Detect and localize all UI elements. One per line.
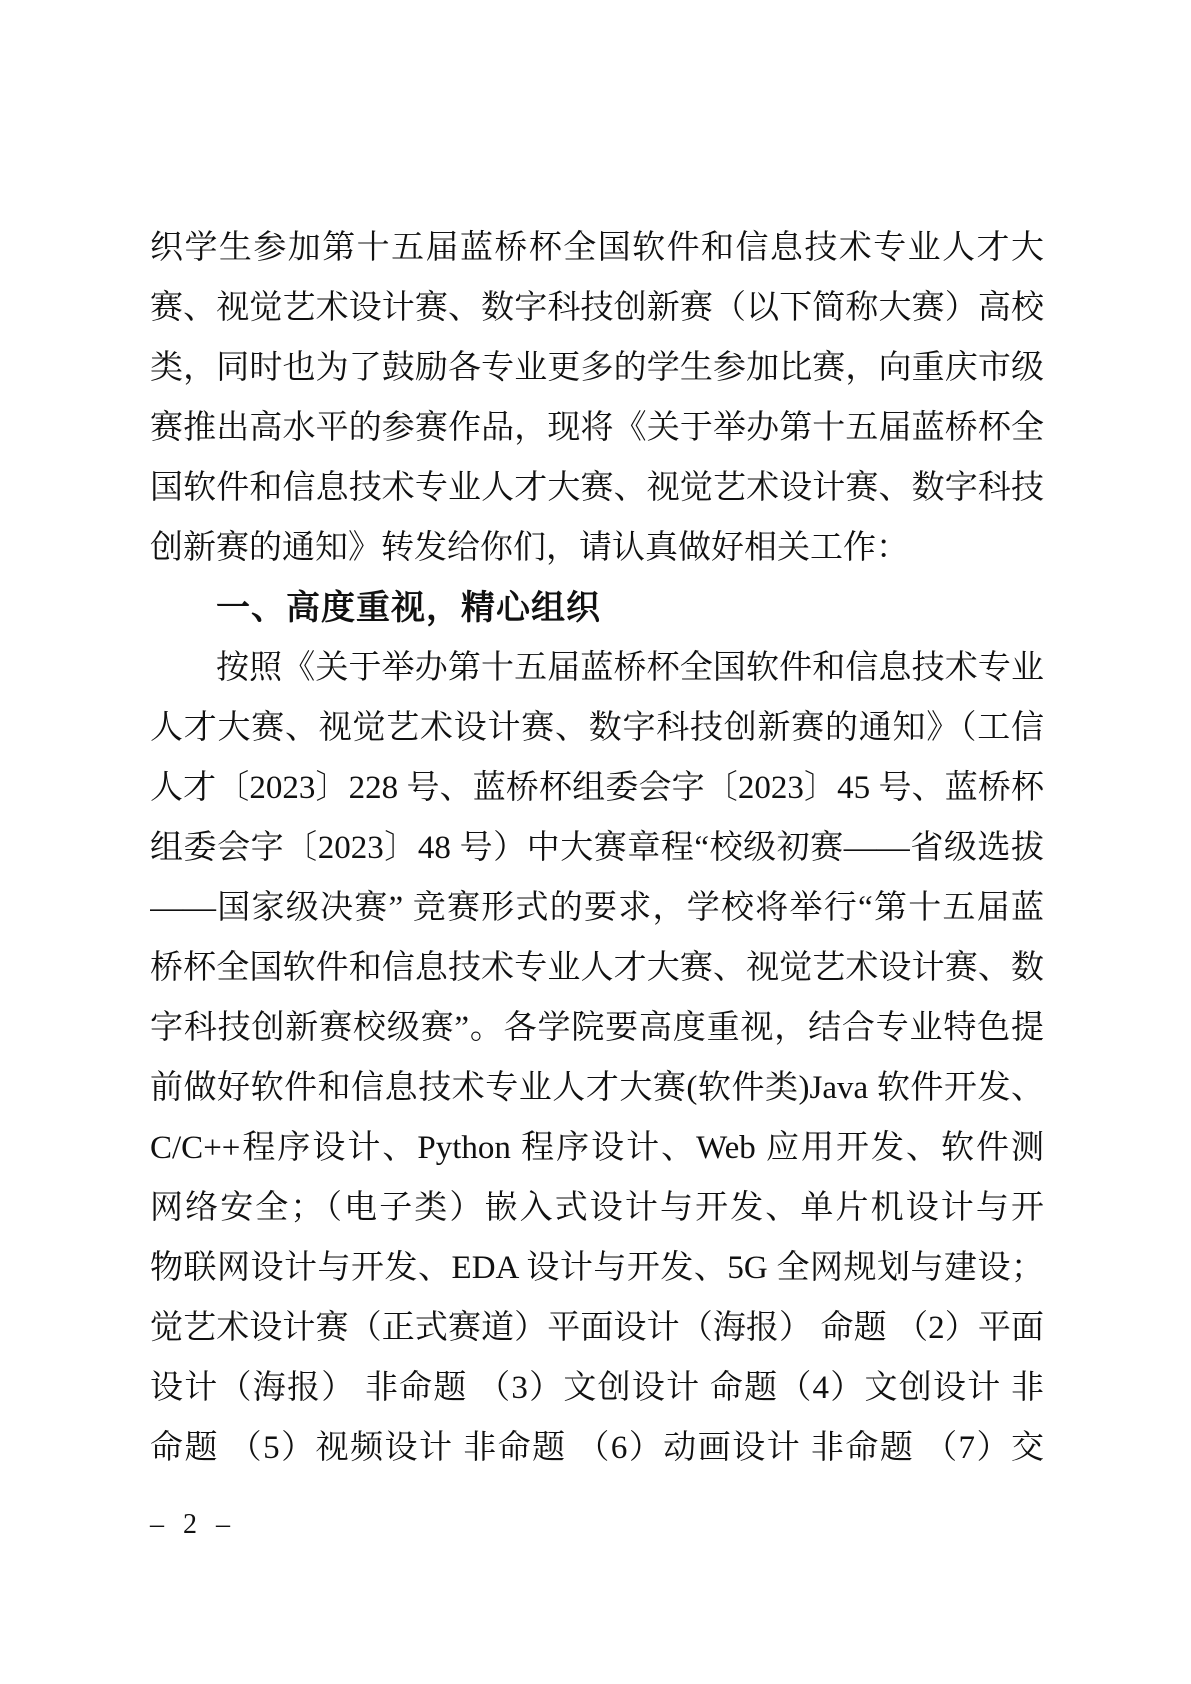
text-line: 设计（海报） 非命题 （3）文创设计 命题（4）文创设计 非 bbox=[150, 1358, 1044, 1418]
text-line: 类，同时也为了鼓励各专业更多的学生参加比赛，向重庆市级 bbox=[150, 338, 1044, 398]
text-line: 人才〔2023〕228 号、蓝桥杯组委会字〔2023〕45 号、蓝桥杯 bbox=[150, 758, 1044, 818]
text-line: 字科技创新赛校级赛”。各学院要高度重视，结合专业特色提 bbox=[150, 998, 1044, 1058]
text-line: 织学生参加第十五届蓝桥杯全国软件和信息技术专业人才大 bbox=[150, 218, 1044, 278]
text-block: 织学生参加第十五届蓝桥杯全国软件和信息技术专业人才大赛、视觉艺术设计赛、数字科技… bbox=[150, 218, 1044, 1478]
page-number: – 2 – bbox=[150, 1505, 236, 1545]
text-line: 人才大赛、视觉艺术设计赛、数字科技创新赛的通知》（工信 bbox=[150, 698, 1044, 758]
text-line: 创新赛的通知》转发给你们，请认真做好相关工作： bbox=[150, 518, 1044, 578]
text-line: C/C++程序设计、Python 程序设计、Web 应用开发、软件测试、 bbox=[150, 1118, 1044, 1178]
text-line: 网络安全；（电子类）嵌入式设计与开发、单片机设计与开发、 bbox=[150, 1178, 1044, 1238]
text-line: ——国家级决赛” 竞赛形式的要求，学校将举行“第十五届蓝 bbox=[150, 878, 1044, 938]
text-line: 组委会字〔2023〕48 号）中大赛章程“校级初赛——省级选拔 bbox=[150, 818, 1044, 878]
text-line: 按照《关于举办第十五届蓝桥杯全国软件和信息技术专业 bbox=[150, 638, 1044, 698]
text-line: 国软件和信息技术专业人才大赛、视觉艺术设计赛、数字科技 bbox=[150, 458, 1044, 518]
text-line: 前做好软件和信息技术专业人才大赛(软件类)Java 软件开发、 bbox=[150, 1058, 1044, 1118]
text-line: 物联网设计与开发、EDA 设计与开发、5G 全网规划与建设；视 bbox=[150, 1238, 1044, 1298]
text-line: 桥杯全国软件和信息技术专业人才大赛、视觉艺术设计赛、数 bbox=[150, 938, 1044, 998]
section-heading: 一、高度重视，精心组织 bbox=[150, 578, 1044, 638]
text-line: 命题 （5）视频设计 非命题 （6）动画设计 非命题 （7）交 bbox=[150, 1418, 1044, 1478]
text-line: 赛、视觉艺术设计赛、数字科技创新赛（以下简称大赛）高校 bbox=[150, 278, 1044, 338]
text-line: 赛推出高水平的参赛作品，现将《关于举办第十五届蓝桥杯全 bbox=[150, 398, 1044, 458]
text-line: 觉艺术设计赛（正式赛道）平面设计（海报） 命题 （2）平面 bbox=[150, 1298, 1044, 1358]
document-page: 织学生参加第十五届蓝桥杯全国软件和信息技术专业人才大赛、视觉艺术设计赛、数字科技… bbox=[0, 0, 1191, 1684]
